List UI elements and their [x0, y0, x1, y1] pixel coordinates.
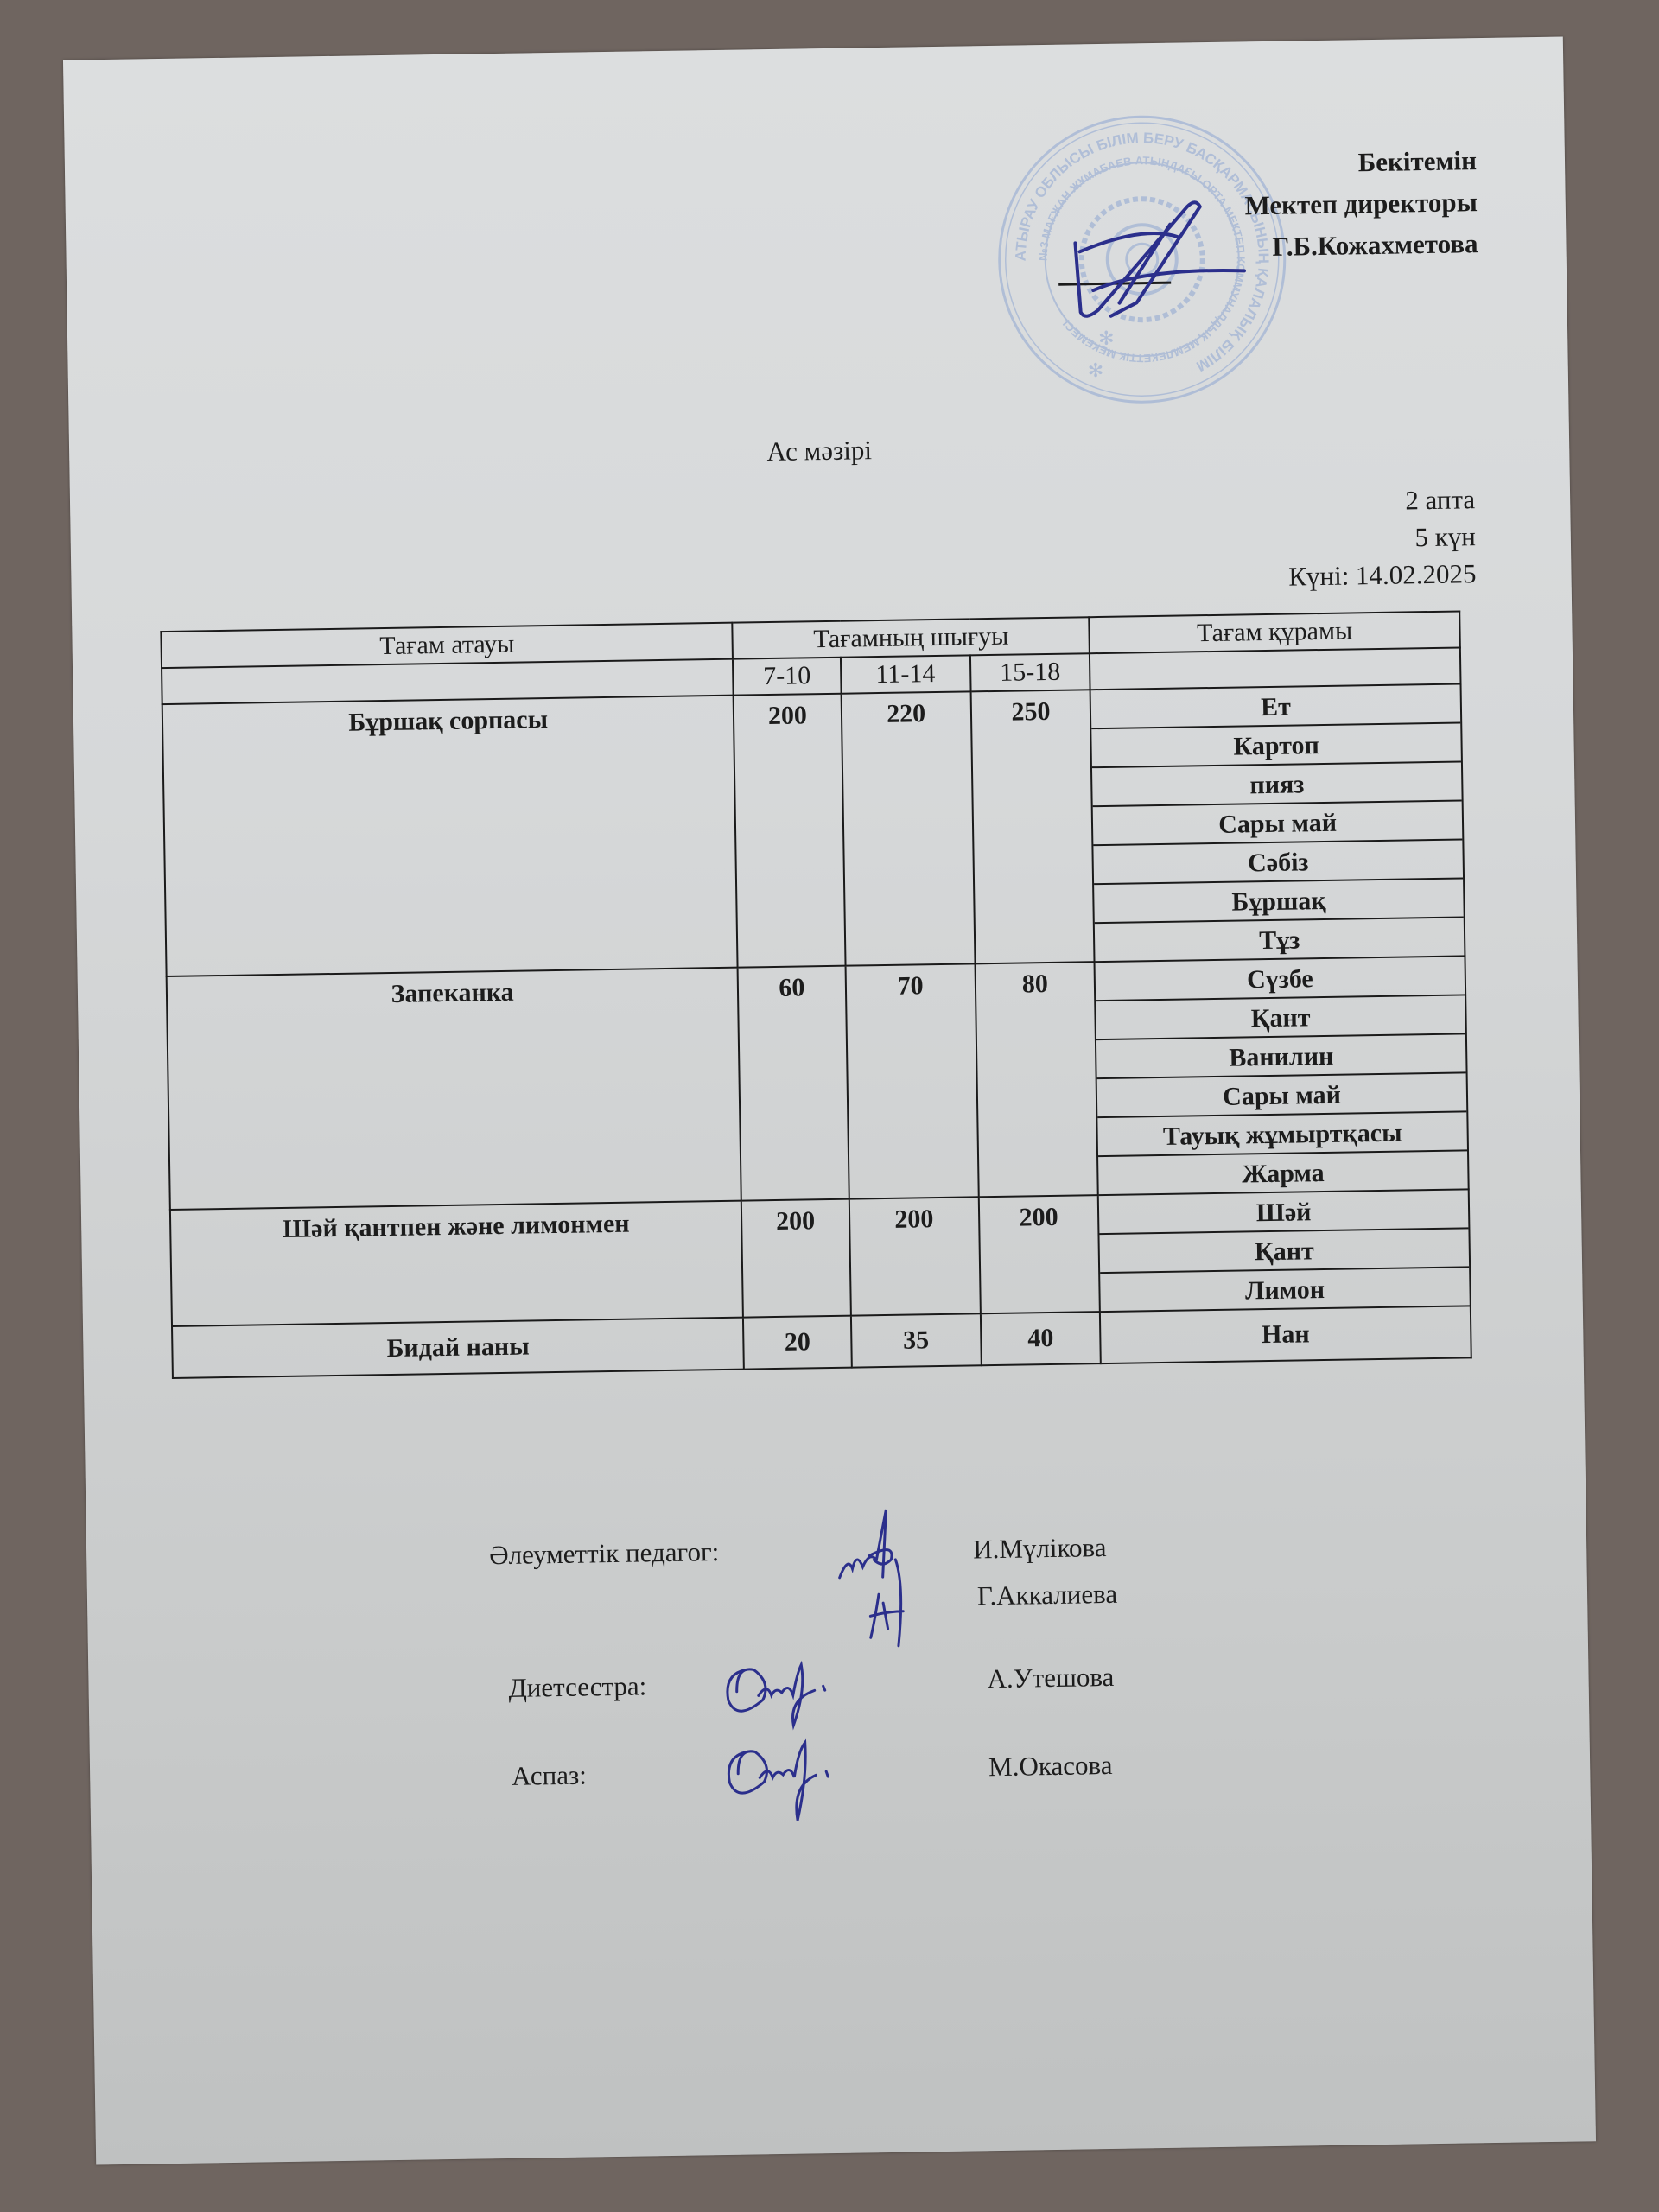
portion-cell: 250 — [970, 690, 1094, 963]
portion-cell: 60 — [738, 966, 849, 1201]
signature-pedagogue-icon — [834, 1507, 940, 1656]
header-age-15-18: 15-18 — [970, 653, 1090, 691]
signature-cook-icon — [721, 1733, 843, 1830]
ingredients-cell: СүзбеҚантВанилинСары майТауық жұмыртқасы… — [1095, 956, 1469, 1195]
ingredient: Сәбіз — [1094, 840, 1464, 885]
signer-name: А.Утешова — [987, 1662, 1114, 1694]
dish-name-cell: Бидай наны — [172, 1318, 744, 1378]
approval-block: Бекітемін Мектеп директоры Г.Б.Кожахмето… — [1243, 140, 1478, 268]
portion-value: 70 — [846, 964, 975, 1004]
menu-meta: 2 апта 5 күн Күні: 14.02.2025 — [1287, 480, 1477, 594]
approval-heading: Бекітемін — [1243, 140, 1477, 185]
dish-name-cell: Бұршақ сорпасы — [162, 696, 738, 976]
director-signature-icon — [1058, 197, 1249, 329]
portion-value: 35 — [903, 1325, 930, 1354]
dish-name: Запеканка — [168, 969, 738, 1015]
dish-name-cell: Шәй қантпен және лимонмен — [170, 1201, 743, 1326]
menu-table: Тағам атауы Тағамның шығуы Тағам құрамы … — [160, 610, 1471, 1379]
signatures-block: Әлеуметтік педагог: И.Мүлікова Г.Аккалие… — [63, 37, 1563, 60]
ingredients-cell: ШәйҚантЛимон — [1098, 1189, 1471, 1312]
ingredient-list: ШәйҚантЛимон — [1099, 1190, 1470, 1311]
ingredients-cell: Нан — [1100, 1306, 1471, 1363]
signer-role-social-pedagogue: Әлеуметтік педагог: — [489, 1536, 720, 1571]
portion-cell: 80 — [975, 962, 1097, 1197]
header-output: Тағамның шығуы — [733, 617, 1090, 658]
header-composition: Тағам құрамы — [1089, 611, 1459, 653]
table-row: Запеканка607080СүзбеҚантВанилинСары майТ… — [167, 956, 1469, 1210]
table-row: Бұршақ сорпасы200220250ЕтКартоппиязСары … — [162, 683, 1465, 976]
portion-value: 220 — [842, 692, 970, 732]
table-row: Шәй қантпен және лимонмен200200200ШәйҚан… — [170, 1189, 1471, 1326]
portion-value: 20 — [785, 1327, 811, 1356]
ingredient: Қант — [1100, 1229, 1470, 1274]
portion-value: 250 — [971, 690, 1090, 730]
ingredient: Ванилин — [1096, 1034, 1466, 1079]
portion-value: 60 — [739, 967, 845, 1007]
signer-role-dietitian: Диетсестра: — [508, 1670, 646, 1704]
header-age-11-14: 11-14 — [840, 655, 970, 693]
day-label: 5 күн — [1287, 518, 1476, 557]
signer-name: М.Окасова — [988, 1750, 1113, 1783]
svg-text:✻: ✻ — [1088, 359, 1104, 381]
ingredient: пияз — [1092, 762, 1462, 807]
ingredient: Сары май — [1093, 801, 1463, 846]
signer-role-cook: Аспаз: — [512, 1760, 587, 1792]
week-label: 2 апта — [1287, 480, 1476, 520]
portion-value: 80 — [976, 963, 1094, 1002]
portion-cell: 220 — [841, 691, 975, 965]
ingredient: Тұз — [1095, 918, 1465, 961]
ingredient: Сары май — [1097, 1073, 1467, 1118]
portion-cell: 200 — [979, 1195, 1100, 1313]
dish-name-cell: Запеканка — [167, 968, 741, 1210]
ingredient: Шәй — [1099, 1190, 1469, 1235]
ingredient: Лимон — [1100, 1268, 1470, 1311]
portion-cell: 35 — [850, 1313, 981, 1367]
header-age-7-10: 7-10 — [733, 658, 841, 696]
ingredient: Бұршақ — [1094, 879, 1464, 924]
signer-name: И.Мүлікова — [973, 1532, 1107, 1565]
header-empty — [1090, 647, 1460, 690]
ingredient: Жарма — [1098, 1151, 1468, 1194]
page-title: Ас мәзірі — [69, 423, 1569, 478]
portion-cell: 200 — [849, 1197, 980, 1315]
portion-cell: 200 — [734, 694, 845, 968]
portion-cell: 200 — [741, 1199, 850, 1318]
dish-name: Шәй қантпен және лимонмен — [171, 1202, 741, 1249]
ingredient: Ет — [1091, 684, 1461, 729]
date-label: Күні: 14.02.2025 — [1288, 555, 1477, 594]
portion-value: 200 — [849, 1198, 978, 1237]
svg-text:✻: ✻ — [1098, 327, 1115, 349]
ingredient: Сүзбе — [1096, 957, 1465, 1001]
approval-director-name: Г.Б.Кожахметова — [1245, 223, 1478, 268]
ingredient: Қант — [1096, 995, 1465, 1040]
portion-value: 40 — [1027, 1324, 1054, 1352]
portion-cell: 20 — [743, 1316, 851, 1370]
portion-value: 200 — [742, 1200, 849, 1240]
ingredient-list: ЕтКартоппиязСары майСәбізБұршақТұз — [1091, 684, 1465, 961]
ingredient: Картоп — [1091, 723, 1461, 768]
dish-name: Бұршақ сорпасы — [163, 696, 734, 743]
portion-cell: 70 — [845, 963, 979, 1198]
document-page: АТЫРАУ ОБЛЫСЫ БІЛІМ БЕРУ БАСҚАРМАСЫНЫҢ Қ… — [63, 37, 1596, 2165]
signer-name: Г.Аккалиева — [977, 1579, 1118, 1612]
ingredients-cell: ЕтКартоппиязСары майСәбізБұршақТұз — [1090, 683, 1465, 962]
portion-cell: 40 — [981, 1312, 1101, 1365]
ingredient: Тауық жұмыртқасы — [1097, 1112, 1467, 1157]
ingredient: Нан — [1262, 1319, 1310, 1349]
approval-position: Мектеп директоры — [1244, 181, 1478, 226]
dish-name: Бидай наны — [386, 1332, 530, 1363]
portion-value: 200 — [734, 695, 841, 734]
portion-value: 200 — [980, 1196, 1098, 1236]
ingredient-list: СүзбеҚантВанилинСары майТауық жұмыртқасы… — [1096, 957, 1468, 1194]
signature-dietitian-icon — [719, 1647, 842, 1735]
